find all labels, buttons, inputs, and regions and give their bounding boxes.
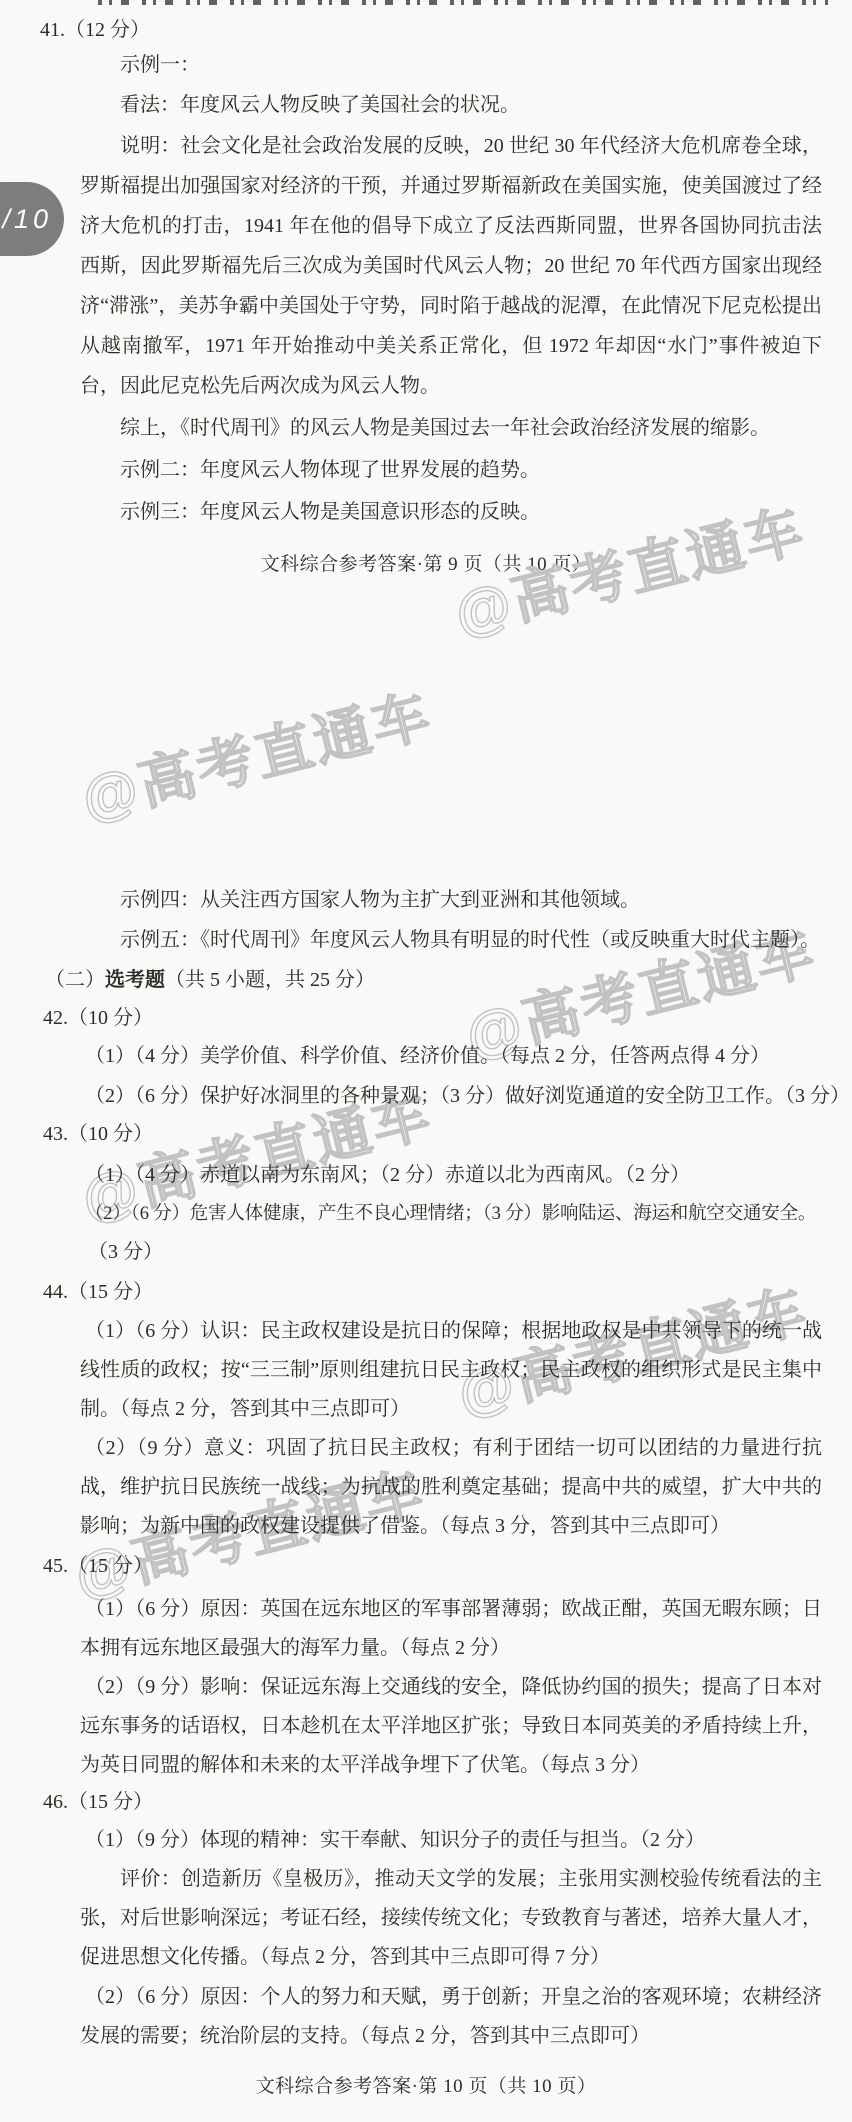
q41-example1-label: 示例一： xyxy=(120,52,200,78)
q43-answer-1: （1）（4 分）赤道以南为东南风；（2 分）赤道以北为西南风。（2 分） xyxy=(85,1162,690,1188)
watermark-2: @高考直通车 xyxy=(72,669,440,835)
q46-answer-1: （1）（9 分）体现的精神：实干奉献、知识分子的责任与担当。（2 分） xyxy=(85,1827,705,1853)
q42-answer-1: （1）（4 分）美学价值、科学价值、经济价值。（每点 2 分，任答两点得 4 分… xyxy=(85,1043,770,1069)
q43-answer-2-continuation: （3 分） xyxy=(88,1239,163,1265)
question-43-number: 43.（10 分） xyxy=(43,1121,153,1147)
q45-answer-1: （1）（6 分）原因：英国在远东地区的军事部署薄弱；欧战正酣，英国无暇东顾；日本… xyxy=(80,1590,822,1668)
page-indicator-label: /10 xyxy=(2,204,52,235)
q41-example3-line: 示例三：年度风云人物是美国意识形态的反映。 xyxy=(120,499,540,525)
page-indicator-tab: /10 xyxy=(0,182,64,256)
q43-answer-2: （2）（6 分）危害人体健康，产生不良心理情绪；（3 分）影响陆运、海运和航空交… xyxy=(85,1201,816,1227)
question-42-number: 42.（10 分） xyxy=(43,1005,153,1031)
section-2-title: 选考题 xyxy=(105,969,165,991)
section-2-suffix: （共 5 小题，共 25 分） xyxy=(165,969,375,991)
q44-answer-1: （1）（6 分）认识：民主政权建设是抗日的保障；根据地政权是中共领导下的统一战线… xyxy=(80,1312,822,1429)
q45-answer-2: （2）（9 分）影响：保证远东海上交通线的安全，降低协约国的损失；提高了日本对远… xyxy=(80,1668,822,1785)
q41-example4-line: 示例四：从关注西方国家人物为主扩大到亚洲和其他领域。 xyxy=(120,887,640,913)
q46-answer-2: （2）（6 分）原因：个人的努力和天赋，勇于创新；开皇之治的客观环境；农耕经济发… xyxy=(80,1978,822,2056)
q44-answer-2: （2）（9 分）意义：巩固了抗日民主政权；有利于团结一切可以团结的力量进行抗战，… xyxy=(80,1429,822,1546)
question-44-number: 44.（15 分） xyxy=(43,1279,153,1305)
q46-evaluation: 评价：创造新历《皇极历》，推动天文学的发展；主张用实测校验传统看法的主张，对后世… xyxy=(80,1860,822,1977)
question-41-number: 41.（12 分） xyxy=(40,17,150,43)
q41-example2-line: 示例二：年度风云人物体现了世界发展的趋势。 xyxy=(120,457,540,483)
section-2-header: （二）选考题（共 5 小题，共 25 分） xyxy=(45,967,375,993)
question-45-number: 45.（15 分） xyxy=(43,1553,153,1579)
cut-off-text-remnant xyxy=(98,0,828,5)
scanned-answer-sheet: /10 41.（12 分） 示例一： 看法：年度风云人物反映了美国社会的状况。 … xyxy=(0,0,852,2122)
section-2-prefix: （二） xyxy=(45,969,105,991)
q41-summary-line: 综上，《时代周刊》的风云人物是美国过去一年社会政治经济发展的缩影。 xyxy=(120,415,770,441)
q41-view-line: 看法：年度风云人物反映了美国社会的状况。 xyxy=(120,92,520,118)
q41-explanation-paragraph: 说明：社会文化是社会政治发展的反映，20 世纪 30 年代经济大危机席卷全球，罗… xyxy=(80,126,822,406)
q41-example5-line: 示例五：《时代周刊》年度风云人物具有明显的时代性（或反映重大时代主题）。 xyxy=(120,927,820,953)
page-10-footer: 文科综合参考答案·第 10 页（共 10 页） xyxy=(0,2071,852,2098)
q42-answer-2: （2）（6 分）保护好冰洞里的各种景观；（3 分）做好浏览通道的安全防卫工作。（… xyxy=(85,1083,850,1109)
question-46-number: 46.（15 分） xyxy=(43,1789,153,1815)
